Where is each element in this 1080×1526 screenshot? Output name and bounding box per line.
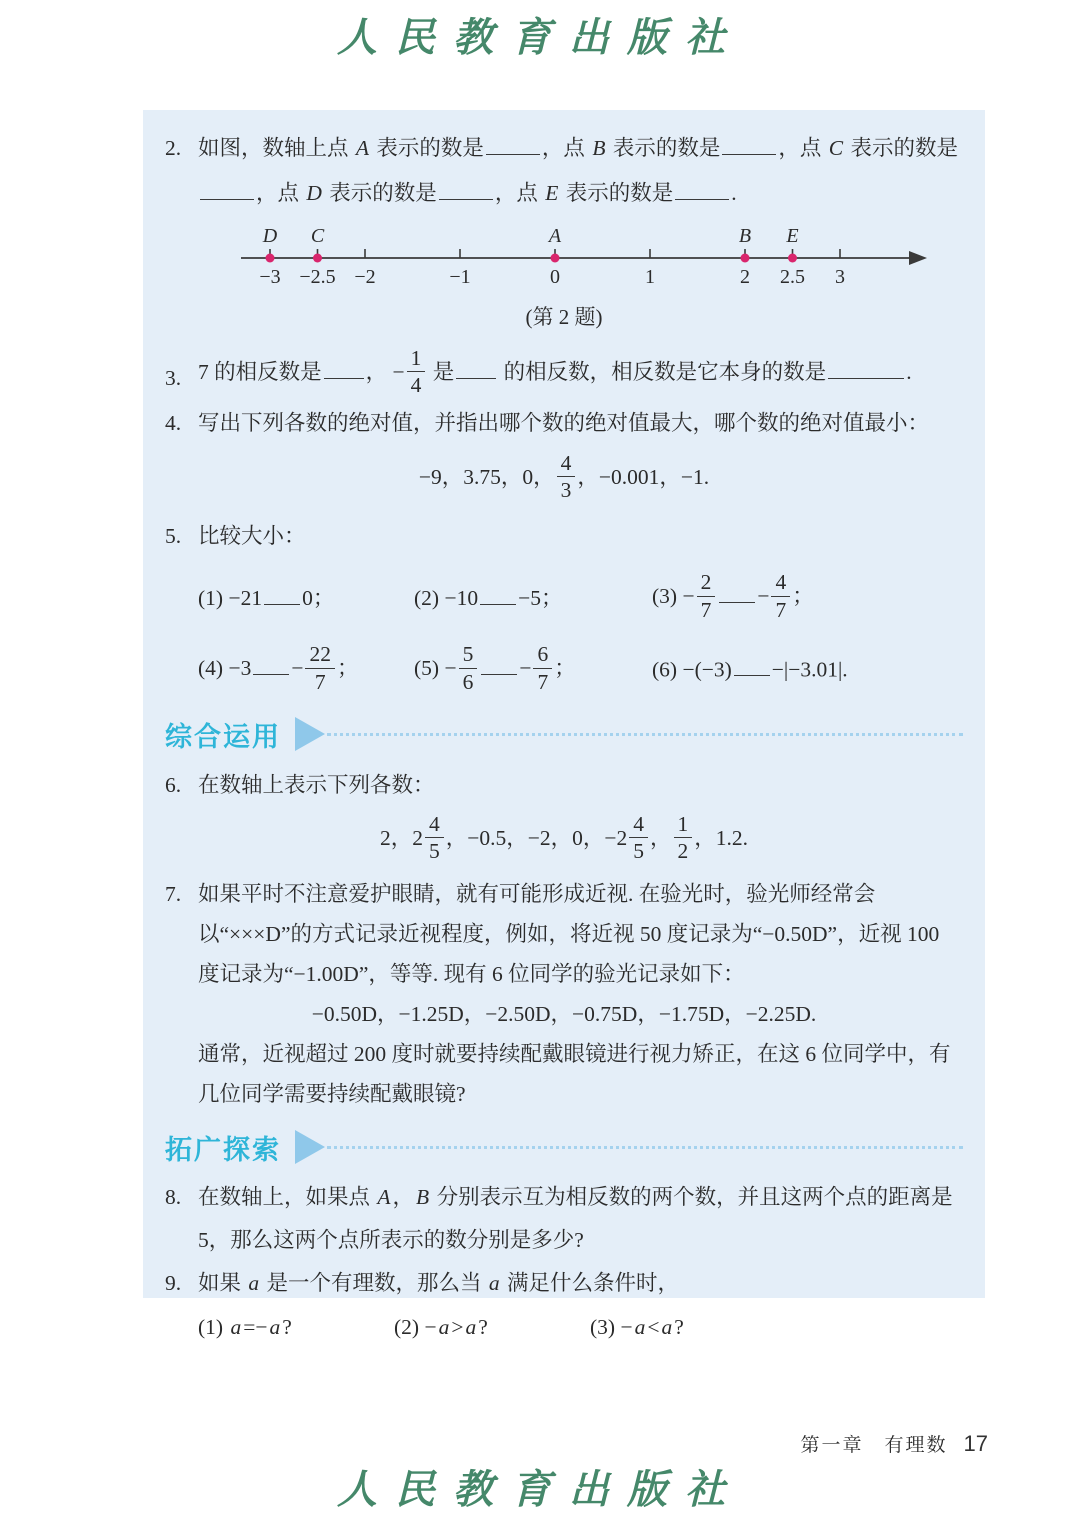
question-7-records: −0.50D，−1.25D，−2.50D，−0.75D，−1.75D，−2.25… <box>165 994 963 1034</box>
answer-blank <box>264 582 300 605</box>
question-text: 如图，数轴上点 A 表示的数是，点 B 表示的数是，点 C 表示的数是，点 D … <box>198 136 958 205</box>
fraction: 67 <box>533 643 552 693</box>
answer-blank <box>734 654 770 677</box>
answer-blank <box>481 653 517 676</box>
question-number: 4. <box>165 401 181 446</box>
answer-blank <box>719 581 755 604</box>
math-variable: A <box>375 1185 392 1209</box>
dotted-divider <box>327 733 963 736</box>
fraction: 45 <box>425 813 444 863</box>
exercise-panel: 2. 如图，数轴上点 A 表示的数是，点 B 表示的数是，点 C 表示的数是，点… <box>143 110 985 1298</box>
answer-blank <box>439 178 493 201</box>
mixed-number: 245 <box>412 808 446 868</box>
answer-blank <box>675 178 729 201</box>
section-title: 拓广探索 <box>165 1128 281 1167</box>
question-9-items: (1) a=−a? (2) −a>a? (3) −a<a? <box>198 1305 963 1349</box>
question-5-row-2: (4) −3−227； (5) −56−67； (6) −(−3)−|−3.01… <box>198 637 963 699</box>
fraction: 227 <box>305 643 335 693</box>
triangle-arrow-icon <box>295 717 325 751</box>
numberline-figure: −3−2.5−2−10122.53DCABE <box>225 224 963 299</box>
question-text: 如果平时不注意爱护眼睛，就有可能形成近视. 在验光时，验光师经常会以“×××D”… <box>198 882 939 986</box>
subquestion: (1) a=−a? <box>198 1305 394 1349</box>
math-variable: D <box>304 181 324 205</box>
math-variable: E <box>543 181 560 205</box>
publisher-logo-bottom: 人民教育出版社 <box>0 1458 1080 1515</box>
question-number: 6. <box>165 763 181 808</box>
question-number: 9. <box>165 1262 181 1305</box>
question-4: 4. 写出下列各数的绝对值，并指出哪个数的绝对值最大，哪个数的绝对值最小： <box>165 401 963 446</box>
compare-item: (4) −3−227； <box>198 643 414 693</box>
point-label: E <box>785 225 798 247</box>
question-text: 写出下列各数的绝对值，并指出哪个数的绝对值最大，哪个数的绝对值最小： <box>198 411 929 435</box>
point-dot <box>266 254 275 263</box>
question-number: 3. <box>165 349 181 407</box>
tick-label: −3 <box>259 266 280 288</box>
compare-item: (3) −27−47； <box>652 571 963 621</box>
compare-item: (6) −(−3)−|−3.01|. <box>652 654 963 683</box>
compare-item: (5) −56−67； <box>414 643 652 693</box>
question-number: 8. <box>165 1176 181 1219</box>
compare-item: (1) −210； <box>198 581 414 612</box>
tick-label: 0 <box>550 266 560 288</box>
point-label: C <box>311 225 325 247</box>
tick-label: −2.5 <box>299 266 335 288</box>
question-3: 3. 7 的相反数是， −14 是 的相反数，相反数是它本身的数是. <box>165 343 963 401</box>
subquestion: (2) −a>a? <box>394 1305 590 1349</box>
math-variable: a <box>246 1271 261 1295</box>
tick-label: 1 <box>645 266 655 288</box>
fraction: 43 <box>557 452 576 502</box>
tick-label: 2.5 <box>780 266 805 288</box>
numberline-caption: (第 2 题) <box>165 301 963 333</box>
tick-label: −2 <box>354 266 375 288</box>
answer-blank <box>480 582 516 605</box>
fraction: 45 <box>629 813 648 863</box>
question-number: 2. <box>165 126 181 171</box>
triangle-arrow-icon <box>295 1130 325 1164</box>
question-6-numbers: 2，245，−0.5，−2，0，−245，12，1.2. <box>165 808 963 868</box>
math-variable: a <box>487 1271 502 1295</box>
footer-page-number: 17 <box>964 1431 988 1457</box>
question-8: 8. 在数轴上，如果点 A，B 分别表示互为相反数的两个数，并且这两个点的距离是… <box>165 1176 963 1262</box>
question-text: 在数轴上表示下列各数： <box>198 773 435 797</box>
section-header-comprehensive: 综合运用 <box>165 715 963 753</box>
question-5: 5. 比较大小： <box>165 514 963 559</box>
question-text: 如果 a 是一个有理数，那么当 a 满足什么条件时， <box>198 1271 679 1295</box>
math-variable: a <box>267 1315 282 1339</box>
math-variable: a <box>228 1315 243 1339</box>
math-variable: B <box>590 136 607 160</box>
point-dot <box>313 254 322 263</box>
answer-blank <box>828 357 904 380</box>
mixed-number: 245 <box>617 808 651 868</box>
page-footer: 第一章 有理数 17 <box>801 1430 989 1457</box>
footer-chapter-title: 第一章 有理数 <box>801 1430 948 1457</box>
point-label: B <box>739 225 751 247</box>
fraction: 12 <box>674 813 693 863</box>
question-5-row-1: (1) −210； (2) −10−5； (3) −27−47； <box>198 565 963 627</box>
question-2: 2. 如图，数轴上点 A 表示的数是，点 B 表示的数是，点 C 表示的数是，点… <box>165 126 963 216</box>
fraction: 47 <box>771 571 790 621</box>
question-9: 9. 如果 a 是一个有理数，那么当 a 满足什么条件时， <box>165 1262 963 1305</box>
section-header-extension: 拓广探索 <box>165 1128 963 1166</box>
tick-label: −1 <box>449 266 470 288</box>
answer-blank <box>200 178 254 201</box>
math-variable: B <box>414 1185 431 1209</box>
point-label: D <box>262 225 278 247</box>
math-variable: a <box>633 1315 648 1339</box>
question-7: 7. 如果平时不注意爱护眼睛，就有可能形成近视. 在验光时，验光师经常会以“××… <box>165 874 963 994</box>
point-label: A <box>547 225 562 247</box>
question-text: 比较大小： <box>198 524 306 548</box>
textbook-page: { "page": { "publisher_top": "人民教育出版社", … <box>0 0 1080 1526</box>
compare-item: (2) −10−5； <box>414 581 652 612</box>
point-dot <box>551 254 560 263</box>
tick-label: 2 <box>740 266 750 288</box>
answer-blank <box>253 653 289 676</box>
fraction: 27 <box>697 571 716 621</box>
fraction: 14 <box>407 347 426 397</box>
question-number: 7. <box>165 874 181 914</box>
answer-blank <box>722 133 776 156</box>
fraction: 56 <box>459 643 478 693</box>
point-dot <box>788 254 797 263</box>
point-dot <box>741 254 750 263</box>
numberline-svg: −3−2.5−2−10122.53DCABE <box>225 224 935 294</box>
math-variable: A <box>354 136 371 160</box>
dotted-divider <box>327 1146 963 1149</box>
answer-blank <box>456 357 496 380</box>
math-variable: a <box>463 1315 478 1339</box>
answer-blank <box>486 133 540 156</box>
section-title: 综合运用 <box>165 715 281 754</box>
question-6: 6. 在数轴上表示下列各数： <box>165 763 963 808</box>
question-text: 在数轴上，如果点 A，B 分别表示互为相反数的两个数，并且这两个点的距离是 5，… <box>198 1185 953 1252</box>
math-variable: C <box>827 136 845 160</box>
question-text: 7 的相反数是， −14 是 的相反数，相反数是它本身的数是. <box>198 360 912 384</box>
math-variable: a <box>659 1315 674 1339</box>
axis-arrow <box>909 251 927 265</box>
publisher-logo-top: 人民教育出版社 <box>0 6 1080 63</box>
question-7-continued: 通常，近视超过 200 度时就要持续配戴眼镜进行视力矫正，在这 6 位同学中，有… <box>165 1034 963 1114</box>
subquestion: (3) −a<a? <box>590 1305 786 1349</box>
answer-blank <box>324 357 364 380</box>
math-variable: a <box>437 1315 452 1339</box>
question-4-numbers: −9，3.75，0，43，−0.001，−1. <box>165 446 963 508</box>
question-number: 5. <box>165 514 181 559</box>
tick-label: 3 <box>835 266 845 288</box>
